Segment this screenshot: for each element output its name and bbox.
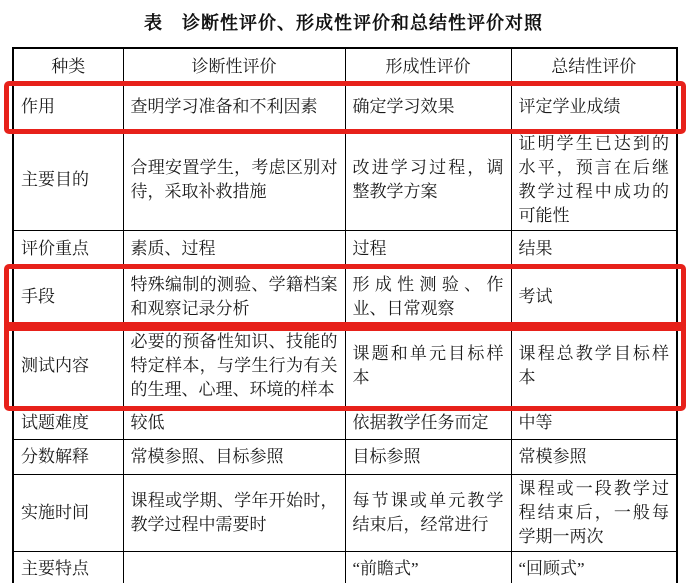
document-page: 表 诊断性评价、形成性评价和总结性评价对照 种类 诊断性评价 形成性评价 总结性… xyxy=(0,0,687,583)
table-row: 主要特点“前瞻式”“回顾式” xyxy=(13,551,677,583)
table-cell: 常模参照 xyxy=(511,439,677,474)
table-row: 作用查明学习准备和不利因素确定学习效果评定学业成绩 xyxy=(13,85,677,129)
row-label: 作用 xyxy=(13,85,123,129)
table-cell: 合理安置学生，考虑区别对待，采取补救措施 xyxy=(123,129,345,230)
table-cell: 确定学习效果 xyxy=(345,85,511,129)
table-title: 表 诊断性评价、形成性评价和总结性评价对照 xyxy=(0,0,687,35)
header-cell-summative: 总结性评价 xyxy=(511,48,677,85)
header-cell-diagnostic: 诊断性评价 xyxy=(123,48,345,85)
table-cell: 素质、过程 xyxy=(123,230,345,268)
row-label: 手段 xyxy=(13,268,123,326)
table-row: 测试内容必要的预备性知识、技能的特定样本，与学生行为有关的生理、心理、环境的样本… xyxy=(13,326,677,406)
table-cell: 特殊编制的测验、学籍档案和观察记录分析 xyxy=(123,268,345,326)
comparison-table: 种类 诊断性评价 形成性评价 总结性评价 作用查明学习准备和不利因素确定学习效果… xyxy=(12,47,678,583)
table-cell: 每节课或单元教学结束后，经常进行 xyxy=(345,474,511,551)
table-row: 分数解释常模参照、目标参照目标参照常模参照 xyxy=(13,439,677,474)
table-cell: 改进学习过程，调整教学方案 xyxy=(345,129,511,230)
table-cell: 形成性测验、作业、日常观察 xyxy=(345,268,511,326)
header-row: 种类 诊断性评价 形成性评价 总结性评价 xyxy=(13,48,677,85)
table-cell: 依据教学任务而定 xyxy=(345,406,511,439)
table-cell: 中等 xyxy=(511,406,677,439)
table-cell: “回顾式” xyxy=(511,551,677,583)
table-cell: 目标参照 xyxy=(345,439,511,474)
row-label: 测试内容 xyxy=(13,326,123,406)
table-cell: 必要的预备性知识、技能的特定样本，与学生行为有关的生理、心理、环境的样本 xyxy=(123,326,345,406)
table-row: 试题难度较低依据教学任务而定中等 xyxy=(13,406,677,439)
table-cell: 课程或学期、学年开始时，教学过程中需要时 xyxy=(123,474,345,551)
table-cell: 常模参照、目标参照 xyxy=(123,439,345,474)
table-row: 手段特殊编制的测验、学籍档案和观察记录分析形成性测验、作业、日常观察考试 xyxy=(13,268,677,326)
table-row: 主要目的合理安置学生，考虑区别对待，采取补救措施改进学习过程，调整教学方案证明学… xyxy=(13,129,677,230)
table-row: 实施时间课程或学期、学年开始时，教学过程中需要时每节课或单元教学结束后，经常进行… xyxy=(13,474,677,551)
table-cell: 证明学生已达到的水平，预言在后继教学过程中成功的可能性 xyxy=(511,129,677,230)
table-body: 作用查明学习准备和不利因素确定学习效果评定学业成绩主要目的合理安置学生，考虑区别… xyxy=(13,85,677,583)
row-label: 试题难度 xyxy=(13,406,123,439)
row-label: 分数解释 xyxy=(13,439,123,474)
row-label: 主要目的 xyxy=(13,129,123,230)
table-cell: 较低 xyxy=(123,406,345,439)
table-cell: 课程总教学目标样本 xyxy=(511,326,677,406)
table-cell xyxy=(123,551,345,583)
table-cell: 评定学业成绩 xyxy=(511,85,677,129)
table-header: 种类 诊断性评价 形成性评价 总结性评价 xyxy=(13,48,677,85)
table-container: 种类 诊断性评价 形成性评价 总结性评价 作用查明学习准备和不利因素确定学习效果… xyxy=(12,47,676,583)
row-label: 评价重点 xyxy=(13,230,123,268)
table-cell: 课程或一段教学过程结束后，一般每学期一两次 xyxy=(511,474,677,551)
header-cell-formative: 形成性评价 xyxy=(345,48,511,85)
table-cell: 过程 xyxy=(345,230,511,268)
row-label: 主要特点 xyxy=(13,551,123,583)
header-cell-category: 种类 xyxy=(13,48,123,85)
table-cell: 课题和单元目标样本 xyxy=(345,326,511,406)
row-label: 实施时间 xyxy=(13,474,123,551)
table-cell: 考试 xyxy=(511,268,677,326)
table-cell: “前瞻式” xyxy=(345,551,511,583)
table-cell: 查明学习准备和不利因素 xyxy=(123,85,345,129)
table-row: 评价重点素质、过程过程结果 xyxy=(13,230,677,268)
table-cell: 结果 xyxy=(511,230,677,268)
